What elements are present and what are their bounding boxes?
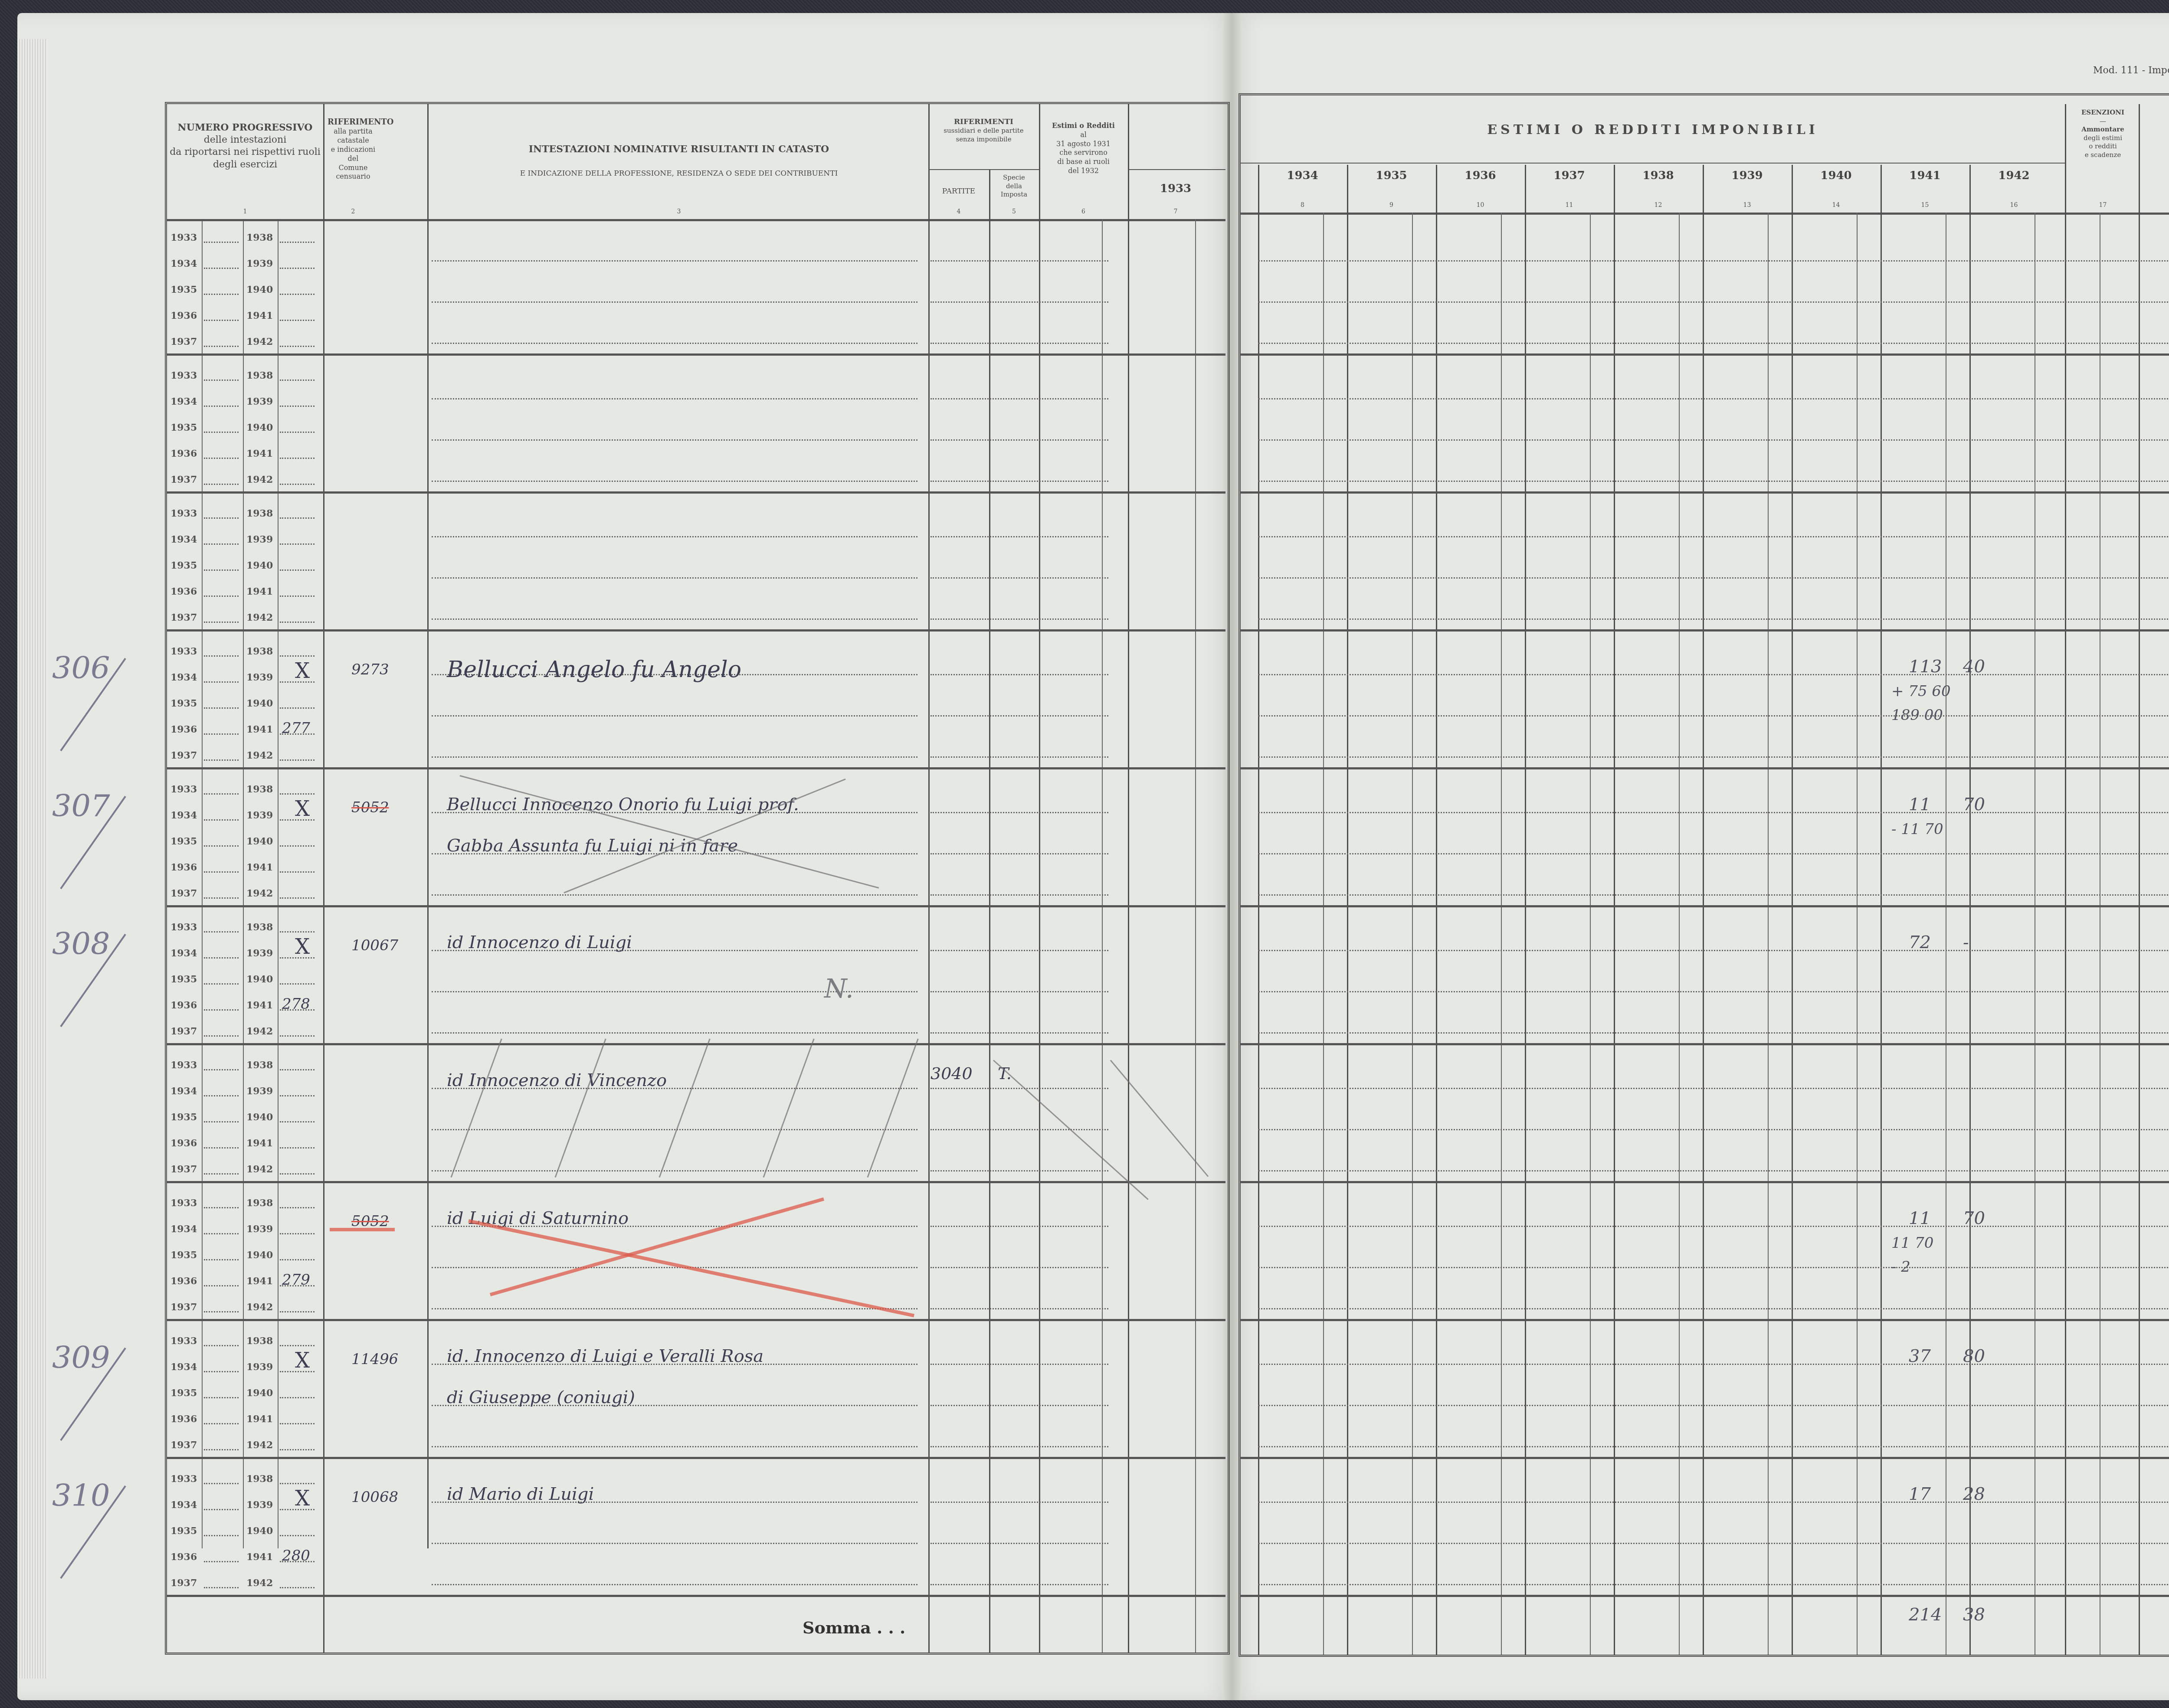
year-dotted-a (204, 1121, 239, 1122)
year-dotted-a (204, 983, 239, 985)
year-label-b: 1941 (246, 1138, 273, 1149)
year-dotted-a (204, 733, 239, 735)
year-label-b: 1940 (246, 1525, 273, 1537)
year-dotted-b (280, 346, 315, 347)
vrule-year-c (278, 221, 278, 1548)
partite-line (931, 536, 1108, 537)
year-label-a: 1933 (170, 370, 197, 381)
year-label-b: 1942 (246, 336, 273, 347)
year-label-a: 1937 (170, 1440, 197, 1451)
intestazione-name: id Innocenzo di Luigi (447, 933, 632, 952)
amount-line (1258, 1446, 2169, 1447)
year-dotted-a (204, 1259, 239, 1260)
partite-line (931, 1170, 1108, 1171)
partite-line (931, 1088, 1108, 1089)
year-label-b: 1941 (246, 448, 273, 459)
year-label-a: 1936 (170, 862, 197, 873)
intestazione-name: Bellucci Innocenzo Onorio fu Luigi prof. (447, 795, 799, 815)
col3-number: 3 (432, 208, 926, 215)
year-label-a: 1934 (170, 258, 197, 269)
row-rule-right (1241, 905, 2169, 907)
year-dotted-a (204, 1173, 239, 1175)
intestazione-name: Bellucci Angelo fu Angelo (447, 657, 741, 683)
header-estimi-group: ESTIMI O REDDITI IMPONIBILI (1241, 121, 2065, 138)
year-dotted-b (280, 1173, 315, 1175)
vrule-cents-1937 (1590, 213, 1591, 1655)
amount-line (1258, 1129, 2169, 1130)
year-label-b: 1942 (246, 888, 273, 899)
year-dotted-a (204, 458, 239, 459)
year-label-a: 1934 (170, 1224, 197, 1235)
amount-line (1258, 715, 2169, 717)
estimi-divider (1241, 163, 2065, 164)
year-dotted-a (204, 406, 239, 407)
year-header-1937: 1937 (1525, 169, 1614, 182)
amount-line (1258, 853, 2169, 854)
name-line (432, 481, 917, 482)
partite-line (931, 1446, 1108, 1447)
pencil-calculation: + 75 60 (1891, 683, 1951, 700)
vrule-cents-1942 (2035, 213, 2035, 1655)
year-colnum-8: 8 (1258, 202, 1347, 209)
year-label-b: 1938 (246, 784, 273, 795)
year-label-a: 1937 (170, 750, 197, 761)
year-dotted-a (204, 1561, 239, 1562)
year-dotted-a (204, 1311, 239, 1312)
year-dotted-b (280, 569, 315, 571)
row-rule-right (1241, 353, 2169, 356)
row-rule-right (1241, 1043, 2169, 1045)
check-mark: X (295, 797, 310, 821)
partite-line (931, 853, 1108, 854)
year-dotted-b (280, 320, 315, 321)
col17-number: 17 (2067, 202, 2139, 209)
amount-1941-cents: - (1963, 933, 1969, 952)
year-label-b: 1940 (246, 698, 273, 709)
year-dotted-b (280, 931, 315, 933)
vrule-col6-cents (1102, 219, 1103, 1652)
header-col6: Estimi o Redditi al 31 agosto 1931 che s… (1039, 121, 1128, 176)
year-label-a: 1934 (170, 948, 197, 959)
vrule-year-1938 (1614, 165, 1615, 1655)
col1-number: 1 (167, 208, 323, 215)
name-line (432, 1032, 917, 1034)
amount-1941-cents: 80 (1963, 1346, 1985, 1366)
row-rule-left (167, 353, 1225, 356)
amount-1941-lire: 72 (1909, 933, 1931, 952)
partite-line (931, 439, 1108, 441)
col18-number: 18 (2141, 202, 2169, 209)
year-label-b: 1942 (246, 1440, 273, 1451)
year-label-b: 1940 (246, 422, 273, 433)
year-dotted-b (280, 268, 315, 269)
roll-number: 277 (282, 720, 310, 737)
year-label-a: 1935 (170, 284, 197, 295)
year-label-a: 1935 (170, 1112, 197, 1123)
year-colnum-16: 16 (1969, 202, 2058, 209)
header-col18: ANNOTAZIONI (2141, 139, 2169, 152)
year-dotted-b (280, 596, 315, 597)
year-dotted-a (204, 1069, 239, 1070)
year-label-a: 1936 (170, 1414, 197, 1425)
year-label-a: 1937 (170, 612, 197, 623)
amount-1941-cents: 70 (1963, 1208, 1985, 1228)
year-label-b: 1938 (246, 1335, 273, 1347)
year-dotted-b (280, 1147, 315, 1148)
year-dotted-a (204, 543, 239, 545)
year-dotted-a (204, 569, 239, 571)
partite-line (931, 260, 1108, 262)
name-line (432, 343, 917, 344)
year-dotted-a (204, 1009, 239, 1011)
year-dotted-b (280, 897, 315, 899)
row-rule-right (1241, 491, 2169, 494)
col5-number: 5 (989, 208, 1039, 215)
amount-line (1258, 301, 2169, 303)
year-label-b: 1941 (246, 586, 273, 597)
year-label-b: 1939 (246, 948, 273, 959)
name-line (432, 756, 917, 758)
partite-line (931, 1129, 1108, 1130)
vrule-col4 (989, 169, 990, 1652)
vrule-col7-cents (1195, 219, 1196, 1652)
year-label-b: 1940 (246, 560, 273, 571)
year-dotted-b (280, 1345, 315, 1346)
vrule-cents-1941 (1946, 213, 1946, 1655)
year-label-b: 1938 (246, 1473, 273, 1485)
name-line (432, 1170, 917, 1171)
amount-1941-cents: 40 (1963, 657, 1985, 677)
amount-line (1258, 674, 2169, 675)
vrule-year-1934 (1258, 165, 1259, 1655)
year-dotted-b (280, 707, 315, 709)
margin-progressive-number: 309 (52, 1340, 110, 1375)
vrule-year-1939 (1703, 165, 1704, 1655)
partite-line (931, 577, 1108, 579)
year-colnum-15: 15 (1881, 202, 1969, 209)
year-label-a: 1935 (170, 1387, 197, 1399)
vrule-cents-1940 (1857, 213, 1858, 1655)
partite-line (931, 343, 1108, 344)
vrule-year-1942 (1969, 165, 1971, 1655)
partite-line (931, 991, 1108, 992)
somma-1941-cents: 38 (1963, 1605, 1985, 1625)
row-rule-right (1241, 767, 2169, 769)
name-line (432, 439, 917, 441)
year-label-a: 1934 (170, 672, 197, 683)
year-label-a: 1936 (170, 1551, 197, 1563)
year-dotted-a (204, 1233, 239, 1234)
row-rule-left (167, 491, 1225, 494)
year-dotted-a (204, 793, 239, 795)
amount-line (1258, 1308, 2169, 1309)
amount-line (1258, 1226, 2169, 1227)
pencil-note: N. (824, 974, 854, 1004)
year-header-1935: 1935 (1347, 169, 1436, 182)
year-header-1939: 1939 (1703, 169, 1792, 182)
partite-line (931, 1502, 1108, 1503)
year-dotted-b (280, 1207, 315, 1208)
year-label-b: 1939 (246, 672, 273, 683)
vrule-cents-1938 (1679, 213, 1680, 1655)
year-dotted-a (204, 655, 239, 657)
vrule-col17 (2139, 104, 2140, 1655)
year-label-a: 1933 (170, 784, 197, 795)
amount-line (1258, 1584, 2169, 1585)
year-label-a: 1934 (170, 1361, 197, 1373)
year-dotted-b (280, 406, 315, 407)
amount-line (1258, 260, 2169, 262)
year-label-a: 1937 (170, 1164, 197, 1175)
year-dotted-a (204, 931, 239, 933)
year-label-b: 1939 (246, 1499, 273, 1511)
year-label-b: 1942 (246, 474, 273, 485)
year-header-1934: 1934 (1258, 169, 1347, 182)
amount-line (1258, 618, 2169, 620)
year-dotted-b (280, 1535, 315, 1536)
year-label-a: 1935 (170, 1250, 197, 1261)
year-dotted-a (204, 1587, 239, 1588)
row-rule-right (1241, 629, 2169, 632)
year-label-a: 1936 (170, 1276, 197, 1287)
somma-label: Somma . . . (803, 1618, 905, 1637)
year-label-a: 1936 (170, 586, 197, 597)
partita-catastale: 5052 (351, 1213, 389, 1230)
year-label-b: 1938 (246, 370, 273, 381)
year-label-b: 1941 (246, 862, 273, 873)
amount-line (1258, 536, 2169, 537)
year-label-b: 1939 (246, 1224, 273, 1235)
margin-progressive-number: 306 (52, 650, 110, 686)
year-label-a: 1933 (170, 1473, 197, 1485)
year-label-b: 1939 (246, 810, 273, 821)
col7-divider (1128, 169, 1225, 170)
year-label-b: 1942 (246, 1026, 273, 1037)
year-dotted-a (204, 819, 239, 821)
year-dotted-a (204, 242, 239, 243)
partite-line (931, 1405, 1108, 1406)
year-dotted-a (204, 1207, 239, 1208)
vrule-col6 (1128, 104, 1129, 1652)
year-header-1941: 1941 (1881, 169, 1969, 182)
somma-1941-lire: 214 (1909, 1605, 1942, 1625)
form-model-label: Mod. 111 - Imposte Dirette (Intercalare)… (2093, 65, 2169, 76)
partite-line (931, 301, 1108, 303)
year-dotted-a (204, 1535, 239, 1536)
partite-line (931, 1267, 1108, 1268)
name-line (432, 536, 917, 537)
col7-number: 7 (1128, 208, 1223, 215)
year-label-b: 1940 (246, 1387, 273, 1399)
year-label-b: 1938 (246, 508, 273, 519)
year-dotted-b (280, 1587, 315, 1588)
partite-line (931, 674, 1108, 675)
year-dotted-b (280, 432, 315, 433)
year-dotted-a (204, 1397, 239, 1398)
name-line (432, 1584, 917, 1585)
year-dotted-a (204, 1371, 239, 1372)
year-label-a: 1936 (170, 1000, 197, 1011)
year-dotted-a (204, 897, 239, 899)
year-label-a: 1933 (170, 1335, 197, 1347)
header-col17: ESENZIONI — Ammontare degli estimi o red… (2067, 108, 2139, 159)
year-label-b: 1942 (246, 1302, 273, 1313)
year-label-a: 1937 (170, 888, 197, 899)
row-rule-left (167, 767, 1225, 769)
margin-progressive-number: 308 (52, 926, 110, 962)
year-label-b: 1941 (246, 1414, 273, 1425)
amount-line (1258, 1502, 2169, 1503)
partite-value: 3040 (931, 1064, 973, 1083)
year-dotted-a (204, 1095, 239, 1096)
col2-number: 2 (328, 208, 379, 215)
check-mark: X (295, 1486, 310, 1511)
amount-line (1258, 398, 2169, 399)
year-colnum-12: 12 (1614, 202, 1703, 209)
partite-line (931, 618, 1108, 620)
intestazione-name-line2: di Giuseppe (coniugi) (447, 1387, 635, 1407)
amount-1941-cents: 28 (1963, 1484, 1985, 1504)
red-strike-line (330, 1228, 395, 1231)
year-dotted-b (280, 1259, 315, 1260)
amount-line (1258, 756, 2169, 758)
vrule-cents-1934 (1323, 213, 1324, 1655)
partita-catastale: 10068 (351, 1489, 398, 1506)
amount-1941-lire: 11 (1909, 1208, 1931, 1228)
year-label-a: 1936 (170, 448, 197, 459)
col6-number: 6 (1039, 208, 1128, 215)
amount-line (1258, 1267, 2169, 1268)
year-label-b: 1942 (246, 1164, 273, 1175)
name-line (432, 301, 917, 303)
year-dotted-b (280, 622, 315, 623)
year-dotted-b (280, 1397, 315, 1398)
roll-number: 279 (282, 1271, 310, 1289)
year-dotted-a (204, 1423, 239, 1424)
amount-line (1258, 577, 2169, 579)
row-rule-left (167, 1595, 1225, 1597)
year-dotted-a (204, 1285, 239, 1286)
year-label-b: 1940 (246, 974, 273, 985)
year-label-a: 1937 (170, 1026, 197, 1037)
header-bottom-rule (167, 219, 1225, 221)
year-dotted-a (204, 1449, 239, 1450)
year-label-b: 1941 (246, 1276, 273, 1287)
partite-line (931, 1308, 1108, 1309)
amount-1941-cents: 70 (1963, 795, 1985, 815)
year-label-b: 1939 (246, 1361, 273, 1373)
year-label-a: 1936 (170, 724, 197, 735)
row-rule-left (167, 1457, 1225, 1459)
year-dotted-a (204, 268, 239, 269)
partite-line (931, 1226, 1108, 1227)
amount-line (1258, 1170, 2169, 1171)
year-label-a: 1937 (170, 1577, 197, 1589)
year-dotted-a (204, 681, 239, 683)
partite-line (931, 756, 1108, 758)
intestazione-name: id. Innocenzo di Luigi e Veralli Rosa (447, 1346, 763, 1366)
name-line (432, 715, 917, 717)
year-dotted-a (204, 1345, 239, 1346)
amount-line (1258, 991, 2169, 992)
pencil-calculation: - 11 70 (1891, 821, 1943, 838)
year-dotted-b (280, 242, 315, 243)
header-col3: INTESTAZIONI NOMINATIVE RISULTANTI IN CA… (432, 143, 926, 178)
year-dotted-b (280, 517, 315, 519)
row-rule-right (1241, 1595, 2169, 1597)
name-line (432, 398, 917, 399)
header-bottom-rule-right (1241, 213, 2169, 215)
header-col5: Specie della Imposta (989, 173, 1039, 199)
year-dotted-b (280, 1121, 315, 1122)
intestazione-name: id Innocenzo di Vincenzo (447, 1070, 667, 1090)
name-line (432, 894, 917, 896)
year-dotted-a (204, 1035, 239, 1037)
year-label-a: 1933 (170, 508, 197, 519)
year-label-b: 1942 (246, 1577, 273, 1589)
year-label-b: 1939 (246, 534, 273, 545)
year-label-b: 1941 (246, 1551, 273, 1563)
partite-line (931, 1364, 1108, 1365)
margin-progressive-number: 307 (52, 788, 110, 824)
year-label-a: 1934 (170, 396, 197, 407)
year-label-a: 1933 (170, 1198, 197, 1209)
year-dotted-a (204, 484, 239, 485)
partita-catastale: 11496 (351, 1351, 398, 1368)
vrule-cents-1936 (1501, 213, 1502, 1655)
year-label-b: 1942 (246, 612, 273, 623)
year-label-b: 1939 (246, 258, 273, 269)
year-dotted-a (204, 1147, 239, 1148)
row-rule-left (167, 1319, 1225, 1321)
year-colnum-13: 13 (1703, 202, 1792, 209)
year-dotted-b (280, 458, 315, 459)
year-label-a: 1933 (170, 1060, 197, 1071)
year-label-b: 1940 (246, 1112, 273, 1123)
amount-1941-lire: 17 (1909, 1484, 1931, 1504)
year-label-b: 1941 (246, 310, 273, 321)
year-dotted-a (204, 845, 239, 847)
year-label-a: 1934 (170, 534, 197, 545)
year-header-1936: 1936 (1436, 169, 1525, 182)
year-dotted-a (204, 957, 239, 959)
year-header-1940: 1940 (1792, 169, 1881, 182)
amount-1941-lire: 113 (1909, 657, 1942, 677)
check-mark: X (295, 659, 310, 683)
year-dotted-a (204, 294, 239, 295)
year-dotted-a (204, 622, 239, 623)
roll-number: 278 (282, 995, 310, 1013)
check-mark: X (295, 935, 310, 959)
year-dotted-b (280, 1311, 315, 1312)
year-label-b: 1940 (246, 284, 273, 295)
vrule-year-1935 (1347, 165, 1348, 1655)
amount-line (1258, 439, 2169, 441)
year-label-a: 1933 (170, 232, 197, 243)
year-dotted-a (204, 346, 239, 347)
year-dotted-a (204, 596, 239, 597)
name-line (432, 1446, 917, 1447)
partite-line (931, 894, 1108, 896)
partite-line (931, 812, 1108, 813)
year-dotted-b (280, 380, 315, 381)
pencil-calculation: 189 00 (1891, 707, 1943, 724)
year-dotted-b (280, 655, 315, 657)
year-dotted-b (280, 1069, 315, 1070)
vrule-col3 (928, 104, 930, 1652)
partita-catastale: 10067 (351, 937, 398, 954)
year-dotted-a (204, 380, 239, 381)
